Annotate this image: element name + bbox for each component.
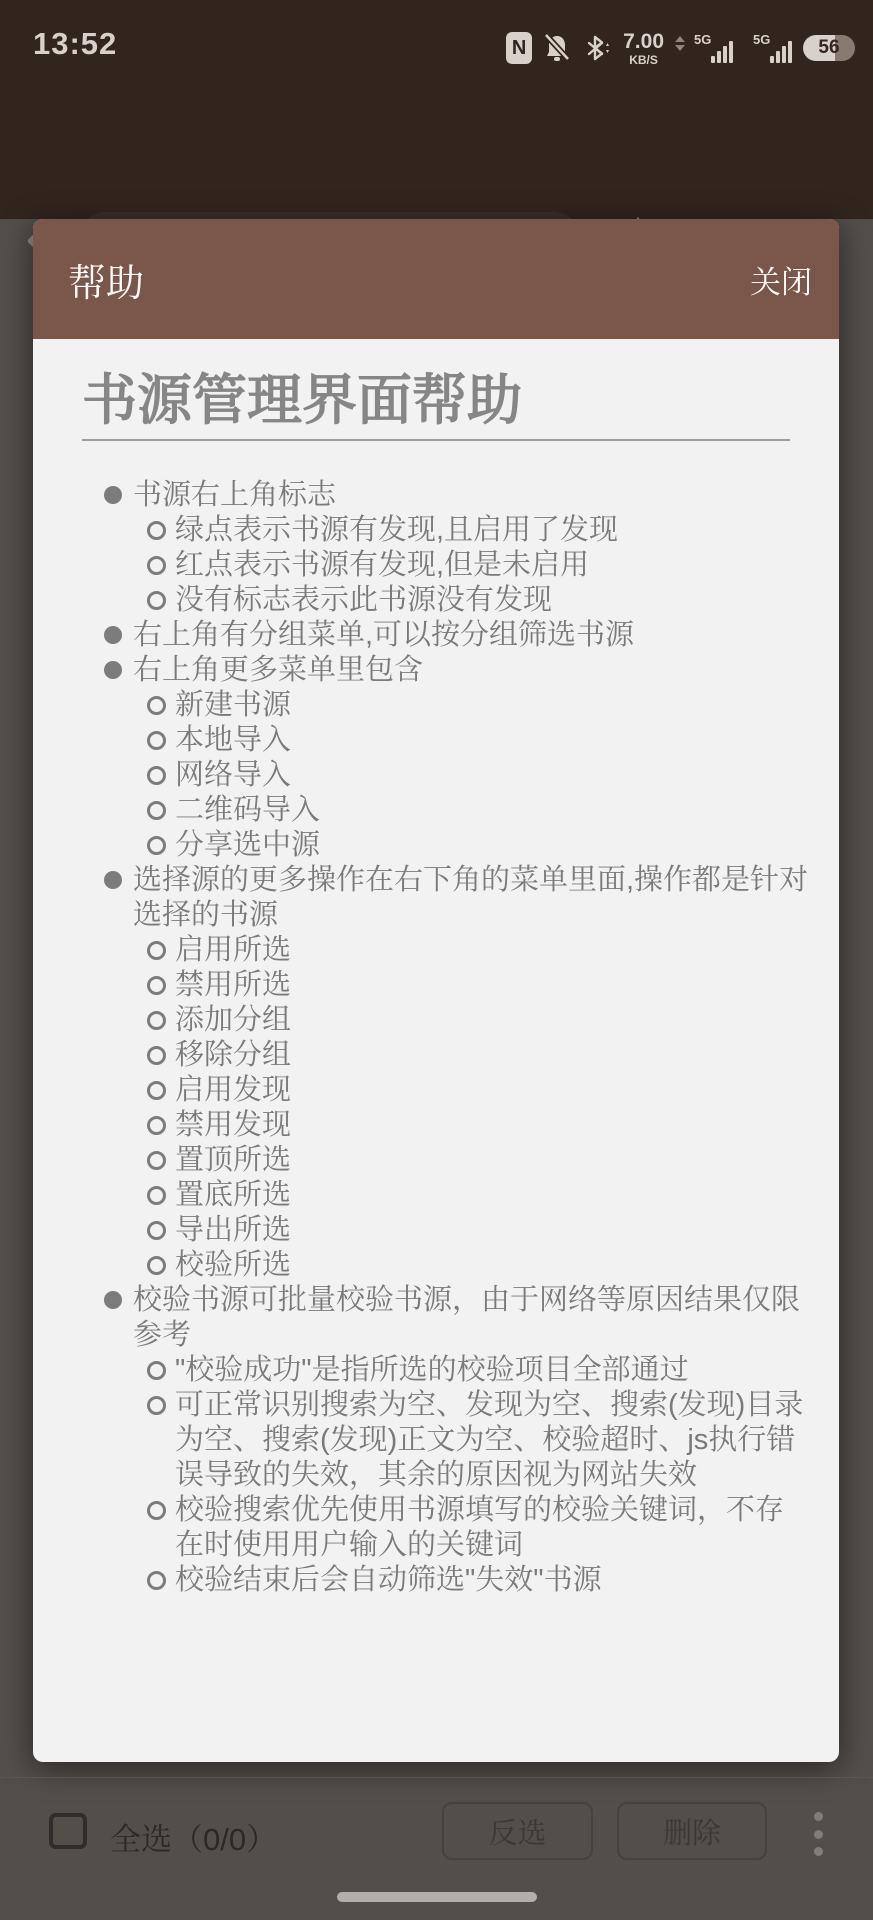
help-subitem: 新建书源 <box>175 688 811 723</box>
help-subitem: 校验所选 <box>175 1248 811 1283</box>
network-speed: 7.00 KB/S <box>623 31 664 66</box>
help-heading: 书源管理界面帮助 <box>82 369 790 431</box>
help-item: 右上角更多菜单里包含新建书源本地导入网络导入二维码导入分享选中源 <box>133 653 811 863</box>
bottom-overflow-menu-icon[interactable] <box>809 1812 827 1856</box>
help-subitem: 网络导入 <box>175 758 811 793</box>
notifications-muted-icon <box>543 33 571 63</box>
help-item: 右上角有分组菜单,可以按分组筛选书源 <box>133 618 811 653</box>
dialog-header: 帮助 关闭 <box>33 219 839 339</box>
battery-icon: 56 <box>803 35 855 61</box>
help-subitem: 绿点表示书源有发现,且启用了发现 <box>175 513 811 548</box>
dialog-title: 帮助 <box>68 252 144 307</box>
invert-selection-button[interactable]: 反选 <box>442 1802 593 1860</box>
clock: 13:52 <box>33 26 117 62</box>
toolbar: 搜索书源 AZ <box>0 85 873 219</box>
help-subitem: 移除分组 <box>175 1038 811 1073</box>
help-subitem: 添加分组 <box>175 1003 811 1038</box>
help-subitem: 禁用发现 <box>175 1108 811 1143</box>
help-subitem: 校验搜索优先使用书源填写的校验关键词，不存在时使用用户输入的关键词 <box>175 1493 811 1563</box>
help-item: 校验书源可批量校验书源，由于网络等原因结果仅限参考"校验成功"是指所选的校验项目… <box>133 1283 811 1598</box>
help-subitem: 没有标志表示此书源没有发现 <box>175 583 811 618</box>
help-subitem: 分享选中源 <box>175 828 811 863</box>
help-subitem: 置底所选 <box>175 1178 811 1213</box>
bluetooth-icon <box>582 33 612 63</box>
dialog-body: 书源管理界面帮助 书源右上角标志绿点表示书源有发现,且启用了发现红点表示书源有发… <box>33 339 839 1762</box>
help-subitem: 启用发现 <box>175 1073 811 1108</box>
gesture-navigation-handle[interactable] <box>337 1892 537 1902</box>
help-subitem: 禁用所选 <box>175 968 811 1003</box>
select-all-label[interactable]: 全选（0/0） <box>110 1814 277 1859</box>
help-item: 选择源的更多操作在右下角的菜单里面,操作都是针对选择的书源启用所选禁用所选添加分… <box>133 863 811 1283</box>
help-subitem: 红点表示书源有发现,但是未启用 <box>175 548 811 583</box>
help-subitem: 校验结束后会自动筛选"失效"书源 <box>175 1563 811 1598</box>
help-list: 书源右上角标志绿点表示书源有发现,且启用了发现红点表示书源有发现,但是未启用没有… <box>133 478 811 1598</box>
nfc-icon: N <box>506 32 532 64</box>
signal-sim2-icon: 5G <box>744 32 792 64</box>
heading-divider <box>82 439 790 441</box>
select-all-checkbox[interactable] <box>49 1813 87 1849</box>
status-bar: 13:52 N 7.00 KB/S <box>0 0 873 85</box>
help-subitem: "校验成功"是指所选的校验项目全部通过 <box>175 1353 811 1388</box>
signal-sim1-icon: 5G <box>675 32 733 64</box>
help-subitem: 可正常识别搜索为空、发现为空、搜索(发现)目录为空、搜索(发现)正文为空、校验超… <box>175 1388 811 1493</box>
delete-button[interactable]: 删除 <box>617 1802 767 1860</box>
help-subitem: 本地导入 <box>175 723 811 758</box>
help-dialog: 帮助 关闭 书源管理界面帮助 书源右上角标志绿点表示书源有发现,且启用了发现红点… <box>33 219 839 1762</box>
help-subitem: 二维码导入 <box>175 793 811 828</box>
help-item: 书源右上角标志绿点表示书源有发现,且启用了发现红点表示书源有发现,但是未启用没有… <box>133 478 811 618</box>
help-subitem: 导出所选 <box>175 1213 811 1248</box>
close-button[interactable]: 关闭 <box>750 257 812 302</box>
help-subitem: 启用所选 <box>175 933 811 968</box>
screen: 13:52 N 7.00 KB/S <box>0 0 873 1920</box>
help-subitem: 置顶所选 <box>175 1143 811 1178</box>
status-icons: N 7.00 KB/S <box>506 31 855 65</box>
